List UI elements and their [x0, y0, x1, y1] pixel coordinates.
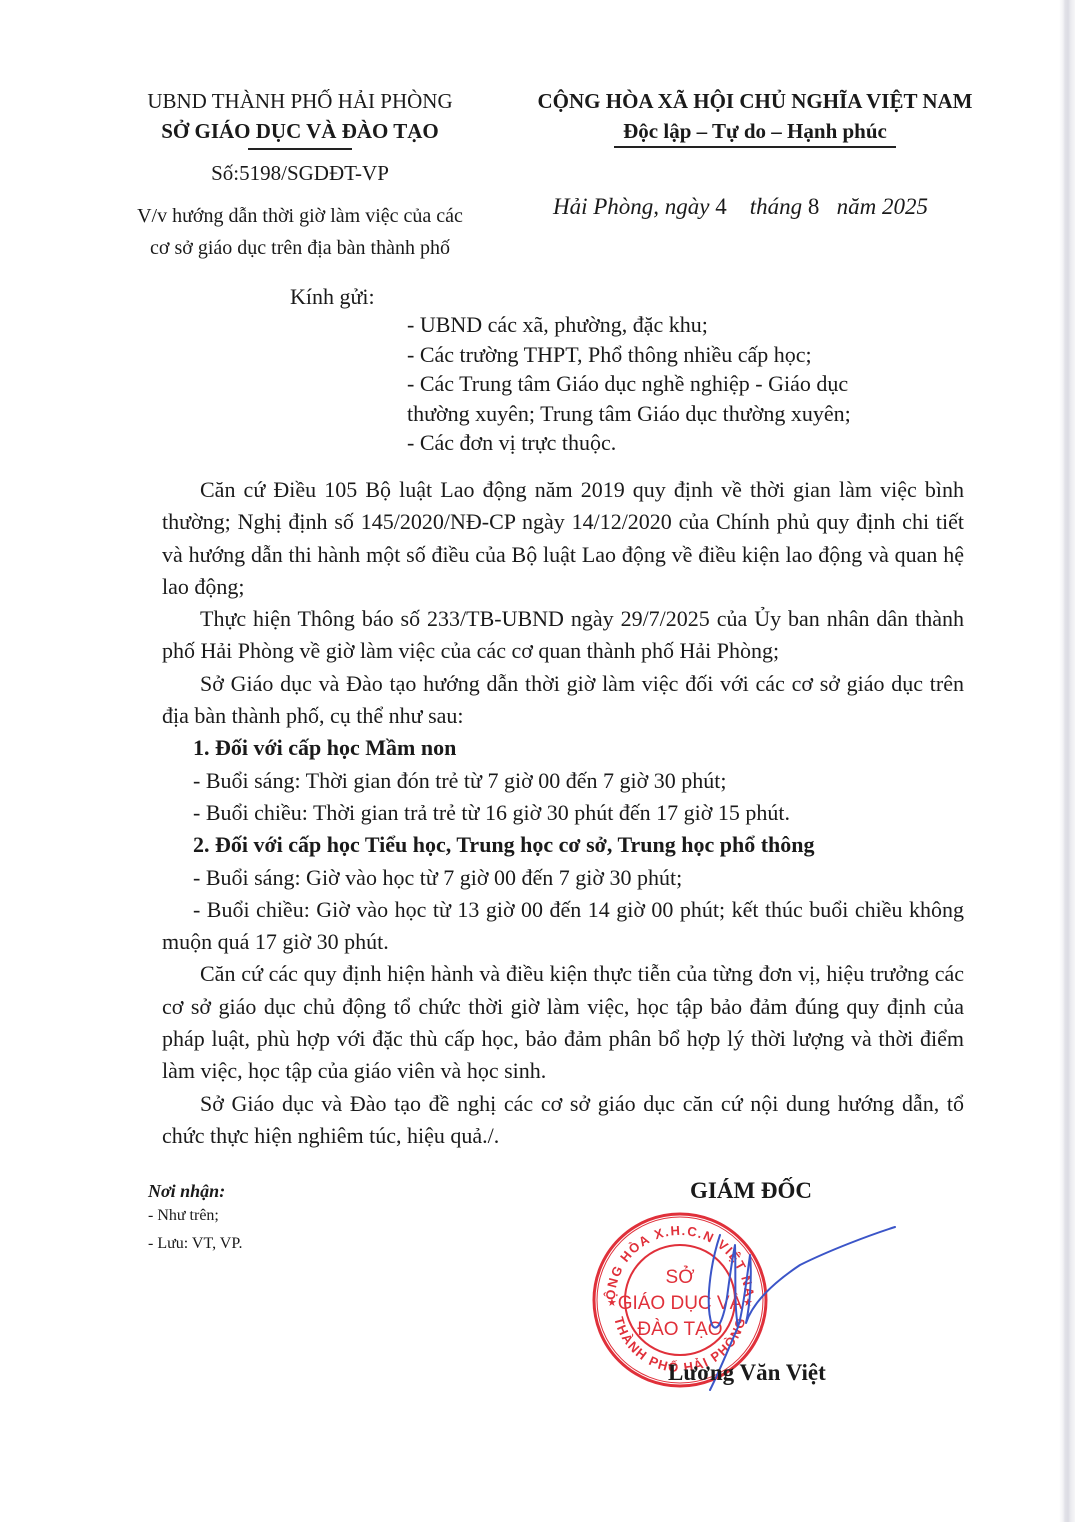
- national-header: CỘNG HÒA XÃ HỘI CHỦ NGHĨA VIỆT NAM Độc l…: [515, 86, 995, 148]
- date-day: 4: [715, 194, 727, 219]
- section-1-morning: - Buổi sáng: Thời gian đón trẻ từ 7 giờ …: [162, 765, 964, 797]
- subject-line-1: V/v hướng dẫn thời giờ làm việc của các: [100, 200, 500, 232]
- responsibility-paragraph: Căn cứ các quy định hiện hành và điều ki…: [162, 958, 964, 1087]
- recipient-item: - Các Trung tâm Giáo dục nghề nghiệp - G…: [407, 369, 967, 399]
- section-2-heading: 2. Đối với cấp học Tiểu học, Trung học c…: [162, 829, 964, 861]
- authority-name: UBND THÀNH PHỐ HẢI PHÒNG: [100, 86, 500, 116]
- addressee-list: - UBND các xã, phường, đặc khu; - Các tr…: [407, 310, 967, 458]
- legal-basis-paragraph: Căn cứ Điều 105 Bộ luật Lao động năm 201…: [162, 474, 964, 603]
- distribution-title: Nơi nhận:: [148, 1180, 242, 1202]
- page-edge-shadow: [1059, 0, 1075, 1522]
- subject-line-2: cơ sở giáo dục trên địa bàn thành phố: [100, 232, 500, 264]
- recipient-item: - Các trường THPT, Phổ thông nhiều cấp h…: [407, 340, 967, 370]
- department-name: SỞ GIÁO DỤC VÀ ĐÀO TẠO: [100, 116, 500, 146]
- distribution-item: - Như trên;: [148, 1202, 242, 1230]
- svg-text:★: ★: [607, 1297, 617, 1309]
- national-title: CỘNG HÒA XÃ HỘI CHỦ NGHĨA VIỆT NAM: [515, 86, 995, 116]
- recipient-item: - UBND các xã, phường, đặc khu;: [407, 310, 967, 340]
- recipient-item: thường xuyên; Trung tâm Giáo dục thường …: [407, 399, 967, 429]
- implementation-paragraph: Thực hiện Thông báo số 233/TB-UBND ngày …: [162, 603, 964, 668]
- document-body: Căn cứ Điều 105 Bộ luật Lao động năm 201…: [162, 474, 964, 1152]
- issuing-agency-header: UBND THÀNH PHỐ HẢI PHÒNG SỞ GIÁO DỤC VÀ …: [100, 86, 500, 264]
- date-month-label: tháng: [750, 194, 802, 219]
- issue-date: Hải Phòng, ngày 4 tháng 8 năm 2025: [553, 194, 928, 220]
- date-year-label: năm: [837, 194, 877, 219]
- guidance-intro-paragraph: Sở Giáo dục và Đào tạo hướng dẫn thời gi…: [162, 668, 964, 733]
- header-left-underline: [248, 148, 352, 150]
- closing-paragraph: Sở Giáo dục và Đào tạo đề nghị các cơ sở…: [162, 1088, 964, 1153]
- distribution-item: - Lưu: VT, VP.: [148, 1230, 242, 1258]
- signer-position: GIÁM ĐỐC: [690, 1178, 812, 1204]
- recipient-item: - Các đơn vị trực thuộc.: [407, 428, 967, 458]
- signer-name: Lương Văn Việt: [668, 1360, 826, 1386]
- addressee-label: Kính gửi:: [290, 282, 375, 312]
- date-year: 2025: [882, 194, 928, 219]
- motto: Độc lập – Tự do – Hạnh phúc: [515, 116, 995, 146]
- date-month: 8: [808, 194, 820, 219]
- section-1-heading: 1. Đối với cấp học Mầm non: [162, 732, 964, 764]
- document-number: Số:5198/SGDĐT-VP: [100, 158, 500, 188]
- section-2-afternoon: - Buổi chiều: Giờ vào học từ 13 giờ 00 đ…: [162, 894, 964, 959]
- distribution-list: Nơi nhận: - Như trên; - Lưu: VT, VP.: [148, 1180, 242, 1258]
- section-1-afternoon: - Buổi chiều: Thời gian trả trẻ từ 16 gi…: [162, 797, 964, 829]
- motto-underline: [614, 146, 896, 148]
- section-2-morning: - Buổi sáng: Giờ vào học từ 7 giờ 00 đến…: [162, 862, 964, 894]
- date-place: Hải Phòng, ngày: [553, 194, 710, 219]
